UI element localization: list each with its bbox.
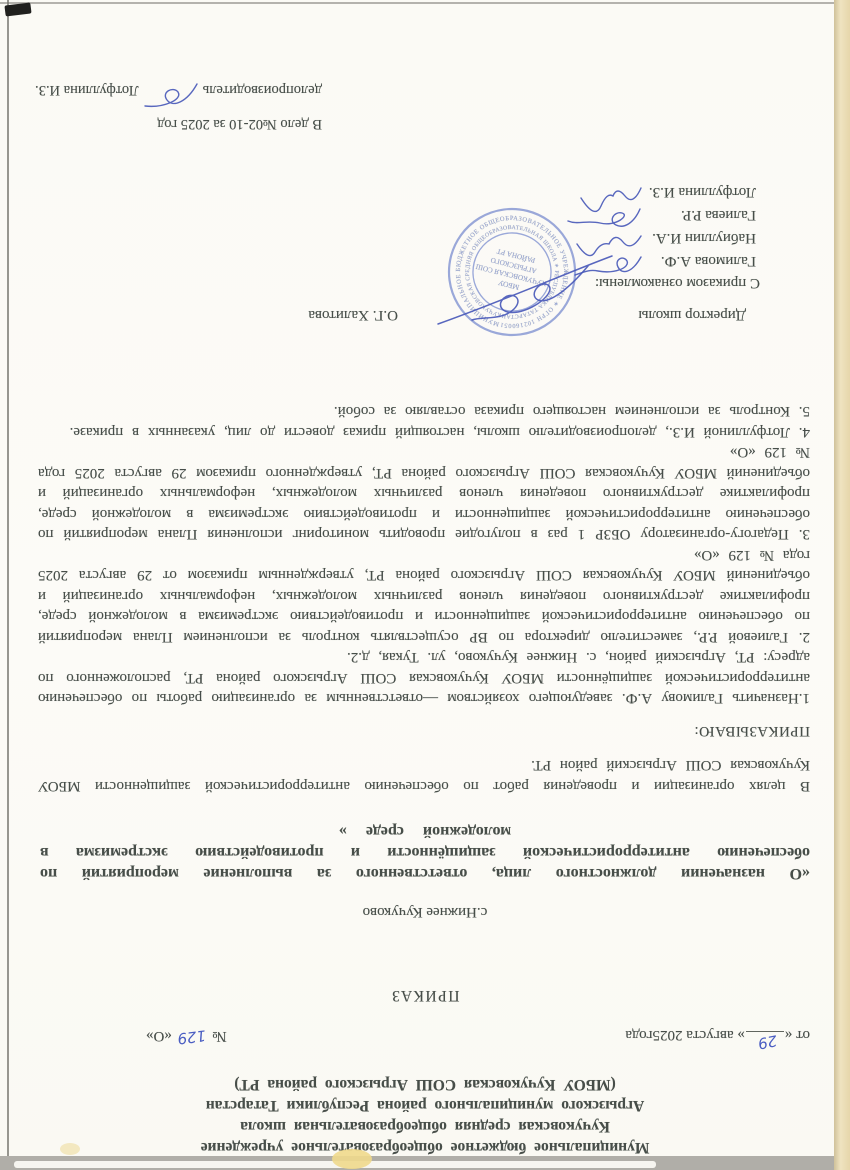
number-label: № [212, 1028, 226, 1044]
filing-clerk-name: Лотфуллина И.З. [35, 80, 139, 100]
scan-edge-left-line [7, 0, 9, 1170]
scan-stain-large [332, 1149, 372, 1169]
filing-signature [143, 80, 199, 110]
document-type-heading: ПРИКАЗ [0, 986, 850, 1004]
order-item-4: 4. Лотфуллиной И.З., делопроизводителю ш… [38, 422, 810, 443]
director-name: О.Г. Халитова [308, 306, 398, 323]
number-suffix: «О» [146, 1028, 172, 1044]
order-item-1: 1.Назначить Галимову А.Ф. заведующего хо… [38, 647, 810, 709]
preamble-paragraph: В целях организации и проведения работ п… [38, 755, 810, 796]
scan-edge-top-line [0, 2, 850, 4]
order-document-rotated-180: Муниципальное бюджетное общеобразователь… [0, 0, 850, 1170]
filing-role: делопроизводитель [203, 80, 322, 100]
order-item-5: 5. Контроль за исполнением настоящего пр… [38, 401, 810, 422]
date-day-blank: 29 [746, 1031, 784, 1046]
order-date: от «29» августа 2025года [625, 1026, 810, 1046]
org-name-line: (МБОУ Кучуковская СОШ Агрызского района … [60, 1074, 790, 1095]
signatory-name: Лотфуллина И.З. [649, 183, 756, 200]
order-item-2: 2. Галиевой Р.Р., заместителю директора … [38, 545, 810, 648]
signatory-name: Галимова А.Ф. [661, 252, 756, 269]
date-prefix: от « [785, 1027, 810, 1043]
handwritten-day: 29 [756, 1031, 778, 1052]
order-body: В целях организации и проведения работ п… [38, 401, 810, 796]
scanned-order-page: Муниципальное бюджетное общеобразователь… [0, 0, 850, 1170]
date-and-number-row: от «29» августа 2025года №129«О» [146, 1026, 810, 1046]
filing-note: В дело №02-10 за 2025 год делопроизводит… [32, 80, 322, 134]
date-suffix: » августа 2025года [625, 1027, 745, 1043]
scan-edge-right-strip [834, 0, 850, 1170]
org-name-line: Муниципальное бюджетное общеобразователь… [60, 1137, 790, 1158]
order-number: №129«О» [146, 1026, 227, 1046]
order-item-3: 3. Педагогу-организатору ОБЗР 1 раз в по… [38, 442, 810, 545]
order-title: «О назначении должностного лица, ответст… [40, 821, 810, 884]
handwritten-number: 129 [177, 1026, 208, 1047]
scan-stain-small [60, 1143, 80, 1155]
organization-header: Муниципальное бюджетное общеобразователь… [60, 1074, 790, 1158]
org-name-line: Кучуковская средняя общеобразовательная … [60, 1116, 790, 1137]
signatory-signature [572, 251, 644, 277]
filing-case-line: В дело №02-10 за 2025 год [32, 114, 322, 134]
signatory-signature [578, 182, 644, 208]
signatory-name: Набиуллин И.А. [652, 229, 756, 246]
signatory-signature [572, 228, 644, 254]
settlement-line: с.Нижнее Кучуково [0, 903, 850, 920]
director-label: Директор школы [638, 306, 746, 323]
resolution-word: ПРИКАЗЫВАЮ: [38, 721, 810, 742]
signatory-name: Галиева Р.Р. [681, 206, 756, 223]
org-name-line: Агрызского муниципального района Республ… [60, 1095, 790, 1116]
